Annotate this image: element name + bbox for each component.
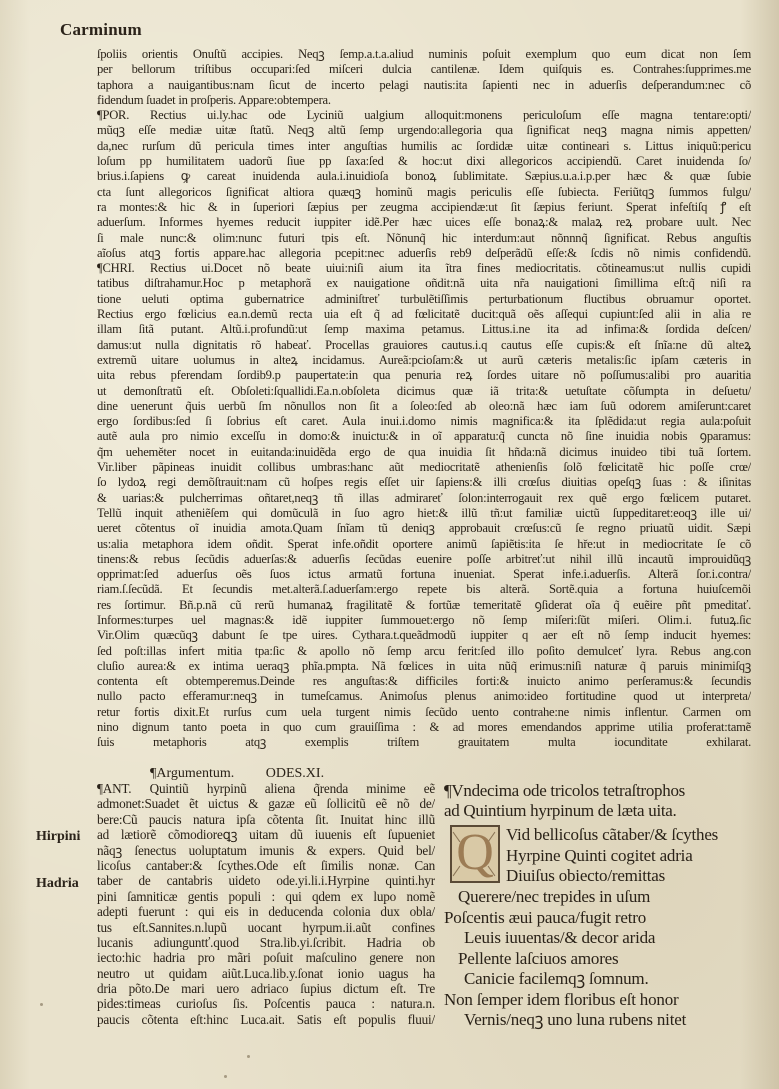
commentary-line: ut demonſtratũ eſt. Obſoleti:ſquallidi.E…	[97, 384, 751, 399]
ode-rubric: ¶Vndecima ode tricolos tetraſtrophos	[444, 781, 764, 801]
argument-line: adepti fuerunt : qui eis in deducenda co…	[97, 904, 435, 919]
argumentum-label: ¶Argumentum.	[150, 766, 234, 781]
verse-block: Querere/nec trepides in uſum Poſcentis æ…	[444, 887, 764, 1031]
commentary-line: ¶POR. Rectius ui.ly.hac ode Lyciniũ ualg…	[97, 108, 751, 123]
verse-line: Poſcentis æui pauca/fugit retro	[444, 908, 764, 929]
commentary-line: contenta eſt obtemperemus.Deinde res ang…	[97, 674, 751, 689]
commentary-line: riam.ſ.ſecũdã. Et ſecundis met.alterã.ſ.…	[97, 582, 751, 597]
commentary-line: extremũ uitare uolumus in alteꝝ incidamu…	[97, 353, 751, 368]
verse-line: Querere/nec trepides in uſum	[444, 887, 764, 908]
commentary-line: nino dignum tanto poeta in quo cum graui…	[97, 720, 751, 735]
commentary-line: taphora a nauigantibus:nam ſicut de ince…	[97, 78, 751, 93]
commentary-line	[97, 751, 751, 766]
commentary-line: aduerſum. Informes hyemes reducit iuppit…	[97, 215, 751, 230]
argument-line: nãqꝫ ſenectus uoluptatum imunis & expers…	[97, 843, 435, 858]
commentary-block: ſpoliis orientis Onuſtũ accipies. Neqꝫ ſ…	[97, 47, 751, 766]
argument-line: ¶ANT. Quintiũ hyrpinũ aliena q̃renda min…	[97, 781, 435, 796]
commentary-line: dine uenerunt q̃uis uerbũ ſm nõnullos no…	[97, 399, 751, 414]
commentary-line: Vir.Olim quæcũqꝫ dabunt ſe tpe uires. Cy…	[97, 628, 751, 643]
commentary-line: illam ſitã putant. Altũ.i.profundũ:ut ſe…	[97, 322, 751, 337]
commentary-line: tinens:& rebus ſecũdis aduerſas:& aduerſ…	[97, 552, 751, 567]
verse-line: Pellente laſciuos amores	[444, 949, 764, 970]
argument-line: paucis cõtenta eſt:hinc Luca.ait. Satis …	[97, 1012, 435, 1027]
argument-line: pides:timeas curioſus ſis. Poſcentis pau…	[97, 996, 435, 1011]
paper-speck	[40, 1003, 43, 1006]
commentary-line: brius.i.ſapiens ꝙ careat inuidenda aula.…	[97, 169, 751, 184]
argument-line: taber de cantabris uideto ode.yi.li.i.Hy…	[97, 873, 435, 888]
ode-number: ODES.XI.	[266, 766, 324, 781]
commentary-line: & uarias:& pulcherrimas oñtaret,neqꝫ tñ …	[97, 491, 751, 506]
commentary-line: fidendum ſuadet in proſperis. Appare:obt…	[97, 93, 751, 108]
argument-line: lucanis adiunguntť.quod Stra.lib.yi.ſcri…	[97, 935, 435, 950]
commentary-line: damus:ut nulla dignitatis rõ habeať. Pro…	[97, 338, 751, 353]
marginal-note-hirpini: Hirpini	[36, 829, 80, 845]
argument-line: iecto:hic hadria pro mãri poſuit maſculi…	[97, 950, 435, 965]
commentary-line: per bellorum triſtibus occupari:ſed miſc…	[97, 62, 751, 77]
argument-line: pini ſamniticæ gentis populi : qui qdem …	[97, 889, 435, 904]
ode-rubric: ad Quintium hyrpinum de læta uita.	[444, 801, 764, 821]
commentary-line: q̃m ueheměter nocet in euitanda:inuidẽda…	[97, 445, 751, 460]
section-heading: ¶Argumentum. ODES.XI.	[150, 766, 324, 782]
commentary-line: Tellũ inquit atheniẽſem qui domũculã in …	[97, 506, 751, 521]
verse-line: Vid bellicoſus cãtaber/& ſcythes	[444, 825, 764, 846]
commentary-line: ueret cõtentus oĩ inuidia amota.Quam ſnĩ…	[97, 521, 751, 536]
argument-line: licoſus cantaber:& ſcythes.Ode eſt ſimil…	[97, 858, 435, 873]
commentary-line: ſpoliis orientis Onuſtũ accipies. Neqꝫ ſ…	[97, 47, 751, 62]
verse-line: Diuiſus obiecto/remittas	[444, 866, 764, 887]
verse-line: Hyrpine Quinti cogitet adria	[444, 846, 764, 867]
paper-speck	[247, 1055, 250, 1058]
verse-line: Canicie facilemqꝫ ſomnum.	[444, 969, 764, 990]
argument-commentary: ¶ANT. Quintiũ hyrpinũ aliena q̃renda min…	[97, 781, 435, 1027]
commentary-line: opprimat:ſed aduerſus oẽs ſuos ictus arm…	[97, 567, 751, 582]
commentary-line: ra montes:& hic & in ſuperiori ſæpius pe…	[97, 200, 751, 215]
commentary-line: Vir.liber pãpineas inuidit collibus umbr…	[97, 460, 751, 475]
verse-line: Vernis/neqꝫ uno luna rubens nitet	[444, 1010, 764, 1031]
commentary-line: da,nec rurſum dũ pericula times inter an…	[97, 139, 751, 154]
commentary-line: aĩoſus atqꝫ fortis appare.hac allegoria …	[97, 246, 751, 261]
argument-line: neutro ut quidam aiũt.Luca.lib.y.ſonat i…	[97, 966, 435, 981]
commentary-line: cta ſunt allegoricos ſignificat altiora …	[97, 185, 751, 200]
commentary-line: Informes:turpes uel magnas:& idẽ iuppite…	[97, 613, 751, 628]
commentary-line: res ſortimur. Bñ.p.nã cũ rerũ humanaꝝ fr…	[97, 598, 751, 613]
book-page: Carminum ſpoliis orientis Onuſtũ accipie…	[0, 0, 779, 1089]
argument-line: bere:Cũ paucis natura ipſa cõtenta ſit. …	[97, 812, 435, 827]
commentary-line: cluſio aurea:& ex intima ueraqꝫ phĩa.pmp…	[97, 659, 751, 674]
running-head: Carminum	[60, 20, 142, 40]
commentary-line: us:alia metaphora idem oñdit. Sperat inf…	[97, 537, 751, 552]
commentary-line: ſuis metaphoris atqꝫ exemplis triſtem gr…	[97, 735, 751, 750]
commentary-line: mũqꝫ eſſe mediæ uitæ ſtatũ. Neqꝫ altũ ſe…	[97, 123, 751, 138]
commentary-line: ſi male nunc:& olim:nunc futuri tpis eſt…	[97, 231, 751, 246]
marginal-note-hadria: Hadria	[36, 876, 79, 892]
commentary-line: tatibus diſtrahamur.Hoc p metaphorã ex n…	[97, 276, 751, 291]
commentary-line: ſo lydoꝝ regi demõſtrauit:nam cũ hoſpes …	[97, 475, 751, 490]
commentary-line: nullo pacto efferamur:neqꝫ in tumeſcamus…	[97, 689, 751, 704]
argument-line: admonet:Suadet ẽt uictus & gazæ eũ ſolli…	[97, 796, 435, 811]
argument-line: dria põto.De mari uero adriaco ſupius di…	[97, 981, 435, 996]
argument-line: ad lætiorẽ cõmodioreꝗꝫ uitam dũ iuuenis …	[97, 827, 435, 842]
commentary-line: Rectius ergo fœlicius ea.n.demũ recta ui…	[97, 307, 751, 322]
commentary-line: loſum pp humilitatem uadorũ ſiue pp ſaxa…	[97, 154, 751, 169]
ode-text: ¶Vndecima ode tricolos tetraſtrophos ad …	[444, 781, 764, 821]
commentary-line: tione ueluti optima gubernatrice adminiſ…	[97, 292, 751, 307]
commentary-line: uita rebus pferendam ſordib9.p paupertat…	[97, 368, 751, 383]
commentary-line: ſed poſt:illas infert mitia tpa:ſic & ap…	[97, 644, 751, 659]
verse-line: Leuis iuuentas/& decor arida	[444, 928, 764, 949]
initial-verses: Vid bellicoſus cãtaber/& ſcythes Hyrpine…	[444, 825, 764, 887]
argument-line: tus eſt.Sannites.n.lupũ uocant hyrpum.ii…	[97, 920, 435, 935]
commentary-line: ergo ſordibus:ſed ſi ſobrius eſt caret. …	[97, 414, 751, 429]
commentary-line: autẽ aula pro nimio exceſſu in domo:& in…	[97, 429, 751, 444]
verse-line: Non ſemper idem floribus eſt honor	[444, 990, 764, 1011]
paper-speck	[224, 1075, 227, 1078]
commentary-line: ¶CHRI. Rectius ui.Docet nõ beate uiui:ni…	[97, 261, 751, 276]
commentary-line: retur fortis dixit.Et rurſus cum uela tu…	[97, 705, 751, 720]
